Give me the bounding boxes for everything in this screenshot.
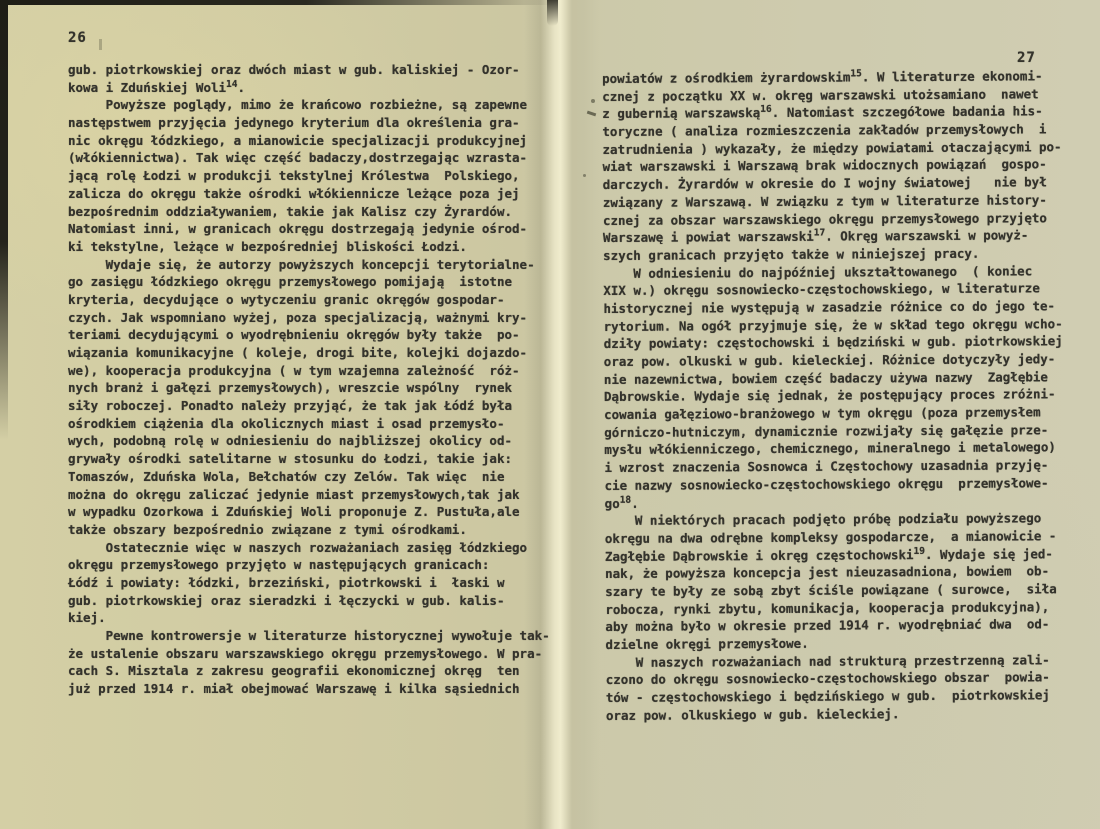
text-line: bezpośrednim oddziaływaniem, takie jak K… [68,203,540,221]
text-line: że ustalenie obszaru warszawskiego okręg… [68,645,540,663]
text-line: Łódź i powiaty: łódzki, brzeziński, piot… [68,574,540,592]
text-line: ki tekstylne, leżące w bezpośredniej bli… [68,238,540,256]
text-line: Pewne kontrowersje w literaturze history… [68,627,540,645]
text-line: aby można było w okresie przed 1914 r. w… [605,615,1083,636]
footnote-ref: 15 [850,68,862,79]
footnote-ref: 17 [814,228,826,239]
scan-speck [591,99,595,103]
text-line: ośrodkiem ciążenia dla okolicznych miast… [68,415,540,433]
text-line: czych. Jak wspomniano wyżej, poza specja… [68,309,540,327]
text-line: wych, podobną rolę w odniesieniu do najb… [68,432,540,450]
text-line: związany z Warszawą. W związku z tym w l… [603,191,1081,212]
text-line: cie nazwy sosnowiecko-częstochowskiego o… [604,474,1082,495]
text-line: kiej. [68,609,540,627]
text-line: cach S. Misztala z zakresu geografii eko… [68,662,540,680]
text-line: gub. piotrkowskiej oraz dwóch miast w gu… [68,61,540,79]
text-line: jącą rolę Łodzi w produkcji tekstylnej K… [68,167,540,185]
text-line: siły roboczej. Ponadto należy przyjąć, ż… [68,397,540,415]
footnote-ref: 18 [620,494,632,505]
text-line: zalicza do okręgu także ośrodki włókienn… [68,185,540,203]
text-line: nic okręgu łódzkiego, a mianowicie specj… [68,132,540,150]
scan-speck [99,39,102,50]
text-line: (włókiennictwa). Tak więc część badaczy,… [68,149,540,167]
text-line: Tomaszów, Zduńska Wola, Bełchatów czy Ze… [68,468,540,486]
text-line: grywały ośrodki satelitarne w stosunku d… [68,450,540,468]
text-line: Warszawę i powiat warszawski17. Okręg wa… [603,226,1081,247]
book-scan: 26 gub. piotrkowskiej oraz dwóch miast w… [0,0,1100,829]
text-line: Ostatecznie więc w naszych rozważaniach … [68,539,540,557]
text-line: kowa i Zduńskiej Woli14. [68,79,540,97]
footnote-ref: 14 [226,79,237,90]
text-line: w wypadku Ozorkowa i Zduńskiej Woli prop… [68,503,540,521]
page-right: 27 powiatów z ośrodkiem żyrardowskim15. … [560,0,1100,829]
page-left: 26 gub. piotrkowskiej oraz dwóch miast w… [0,0,550,829]
text-line: okręgu przemysłowego przyjęto w następuj… [68,556,540,574]
page-number-left: 26 [68,30,87,46]
page-left-text: gub. piotrkowskiej oraz dwóch miast w gu… [68,61,540,698]
text-line: Powyższe poglądy, mimo że krańcowo rozbi… [68,96,540,114]
text-line: następstwem przyjęcia jedynego kryterium… [68,114,540,132]
text-line: już przed 1914 r. miał obejmować Warszaw… [68,680,540,698]
footnote-ref: 16 [760,104,772,115]
text-line: we), kooperacja produkcyjna ( w tym wzaj… [68,362,540,380]
text-line: oraz pow. olkuskiego w gub. kieleckiej. [606,704,1084,725]
text-line: kryteria, decydujące o wytyczeniu granic… [68,291,540,309]
page-number-right: 27 [1017,50,1036,66]
text-line: tów - częstochowskiego i będzińskiego w … [606,686,1084,707]
text-line: Natomiast inni, w granicach okręgu dostr… [68,220,540,238]
text-line: Wydaje się, że autorzy powyższych koncep… [68,256,540,274]
text-line: wiązania komunikacyjne ( koleje, drogi b… [68,344,540,362]
text-line: gub. piotrkowskiej oraz sieradzki i łęcz… [68,592,540,610]
text-line: nych branż i gałęzi przemysłowych), wres… [68,379,540,397]
text-line: teriami decydującymi o wyodrębnieniu okr… [68,326,540,344]
scan-speck [583,174,586,177]
text-line: można do okręgu zaliczać jedynie miast p… [68,486,540,504]
page-right-text: powiatów z ośrodkiem żyrardowskim15. W l… [602,67,1084,724]
text-line: okręgu na dwa odrębne kompleksy gospodar… [605,527,1083,548]
text-line: go zasięgu łódzkiego okręgu przemysłoweg… [68,273,540,291]
text-line: także obszary bezpośrednio związane z ty… [68,521,540,539]
footnote-ref: 19 [913,545,925,556]
